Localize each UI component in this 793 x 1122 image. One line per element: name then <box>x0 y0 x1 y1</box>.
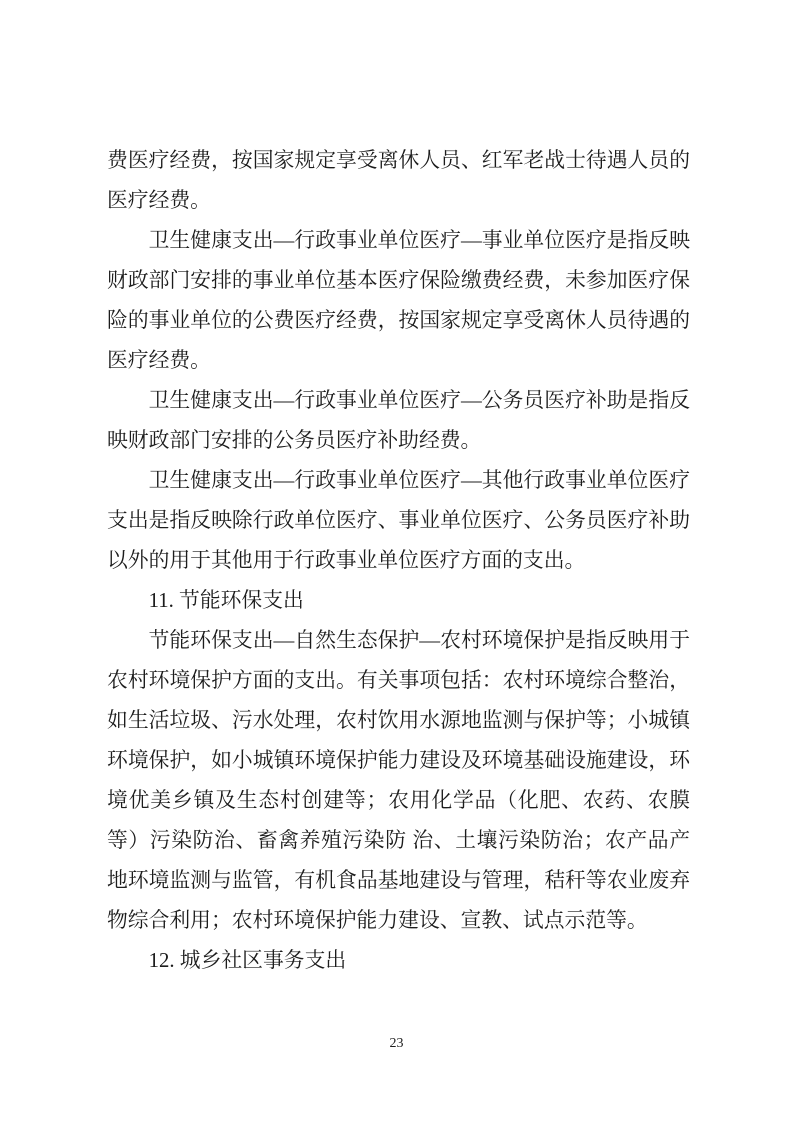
paragraph: 卫生健康支出—行政事业单位医疗—公务员医疗补助是指反映财政部门安排的公务员医疗补… <box>107 381 690 461</box>
section-heading: 12. 城乡社区事务支出 <box>107 941 690 981</box>
paragraph: 卫生健康支出—行政事业单位医疗—其他行政事业单位医疗支出是指反映除行政单位医疗、… <box>107 461 690 581</box>
paragraph: 节能环保支出—自然生态保护—农村环境保护是指反映用于农村环境保护方面的支出。有关… <box>107 621 690 941</box>
page-number: 23 <box>0 1036 793 1052</box>
paragraph: 卫生健康支出—行政事业单位医疗—事业单位医疗是指反映财政部门安排的事业单位基本医… <box>107 221 690 381</box>
document-body: 费医疗经费，按国家规定享受离休人员、红军老战士待遇人员的医疗经费。 卫生健康支出… <box>107 141 690 981</box>
document-page: 费医疗经费，按国家规定享受离休人员、红军老战士待遇人员的医疗经费。 卫生健康支出… <box>0 0 793 1122</box>
section-heading: 11. 节能环保支出 <box>107 581 690 621</box>
paragraph-continuation: 费医疗经费，按国家规定享受离休人员、红军老战士待遇人员的医疗经费。 <box>107 141 690 221</box>
